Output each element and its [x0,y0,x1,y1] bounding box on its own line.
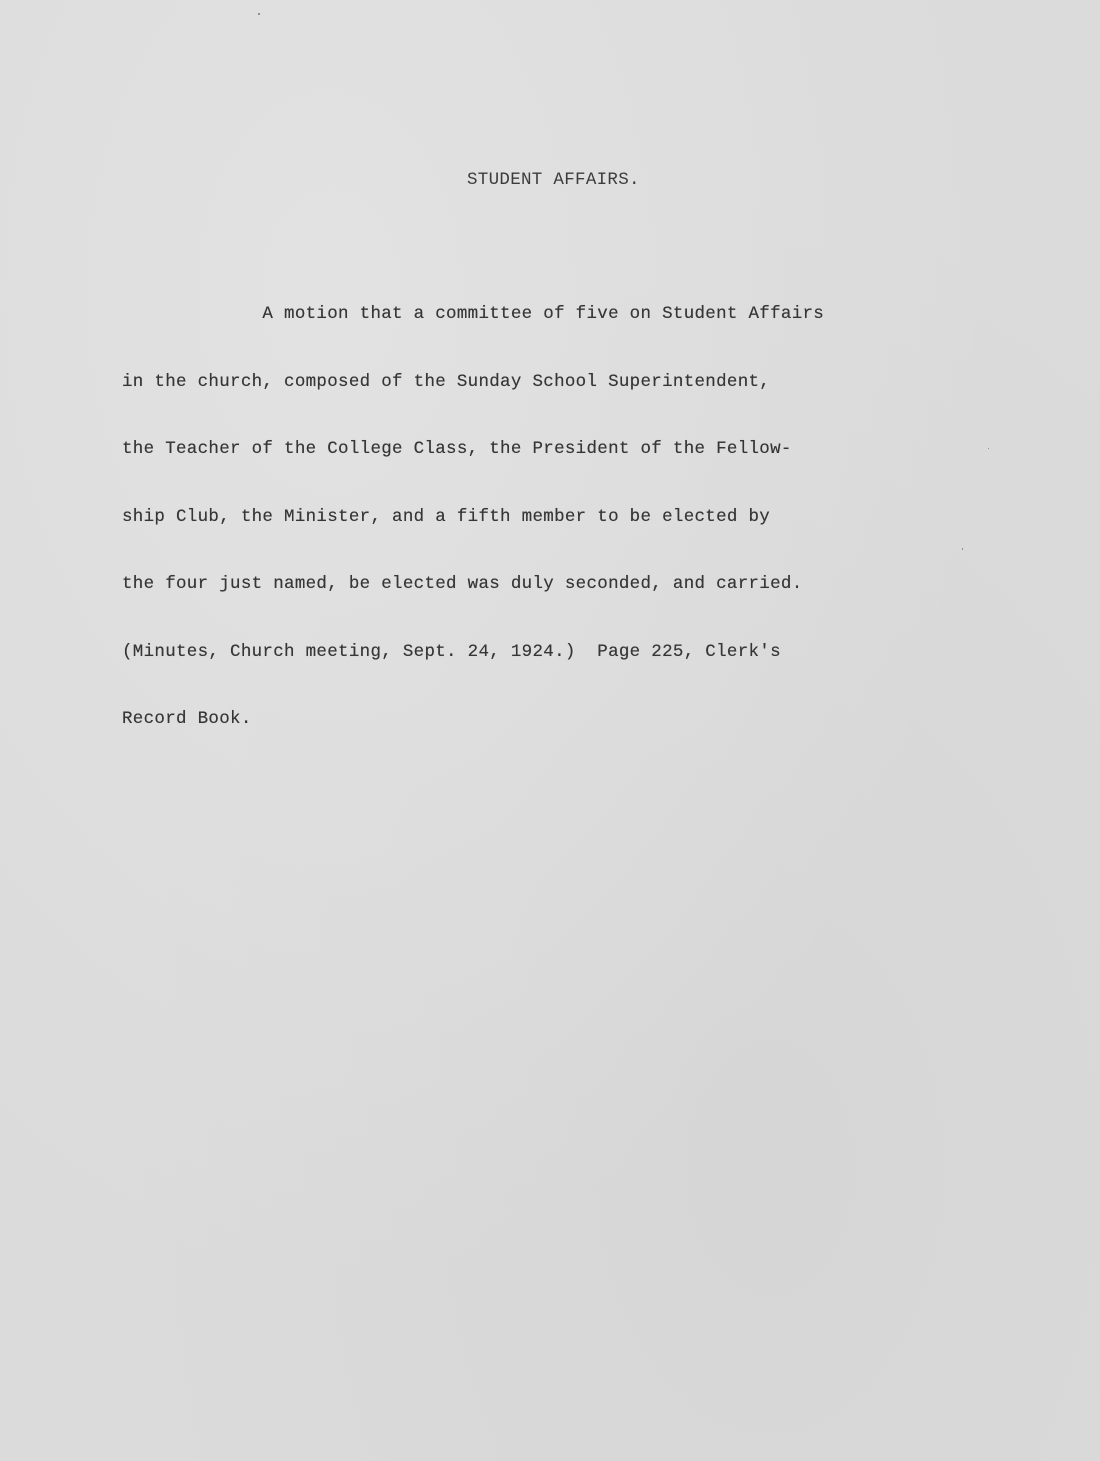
typewritten-page: STUDENT AFFAIRS. A motion that a committ… [0,0,1100,1461]
paper-speck [988,448,989,449]
paragraph-line: the four just named, be elected was duly… [122,573,824,596]
page-title: STUDENT AFFAIRS. [467,170,640,190]
paragraph-line: the Teacher of the College Class, the Pr… [122,438,824,461]
paper-speck [258,13,260,15]
paragraph-line: ship Club, the Minister, and a fifth mem… [122,506,824,529]
motion-paragraph: A motion that a committee of five on Stu… [122,258,824,776]
paragraph-line: (Minutes, Church meeting, Sept. 24, 1924… [122,641,824,664]
paragraph-line: in the church, composed of the Sunday Sc… [122,371,824,394]
paper-speck [962,548,963,550]
paragraph-line: Record Book. [122,708,824,731]
paragraph-line: A motion that a committee of five on Stu… [122,303,824,326]
